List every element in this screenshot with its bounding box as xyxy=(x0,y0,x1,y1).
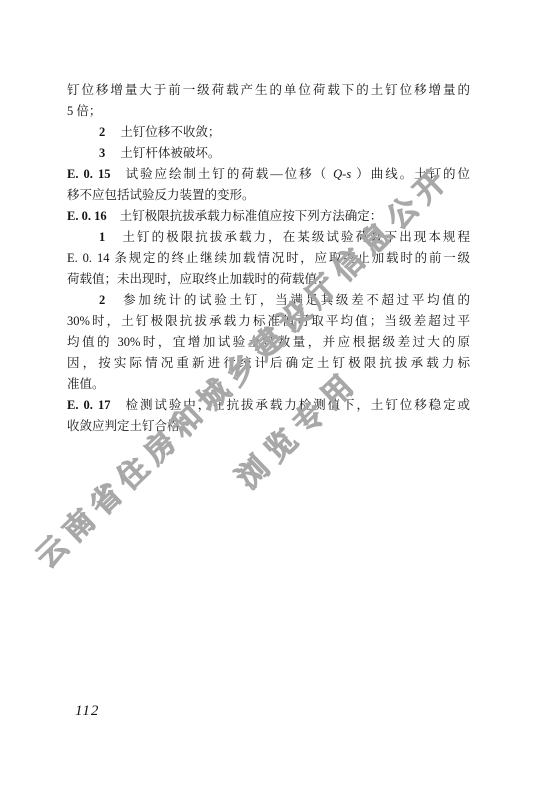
text-line: 荷载值；未出现时，应取终止加载时的荷载值； xyxy=(67,269,470,290)
formula-qs: Q-s xyxy=(333,167,351,181)
line-text: 收敛应判定土钉合格。 xyxy=(67,419,192,433)
list-number: 2 xyxy=(99,293,105,307)
text-line: 5 倍； xyxy=(67,101,470,122)
clause-label: E. 0. 17 xyxy=(67,398,110,412)
text-line: 因，按实际情况重新进行统计后确定土钉极限抗拔承载力标 xyxy=(67,353,470,374)
list-number: 3 xyxy=(99,146,105,160)
line-text: 荷载值；未出现时，应取终止加载时的荷载值； xyxy=(67,272,330,286)
line-text: 土钉的极限抗拔承载力，在某级试验荷载下出现本规程 xyxy=(122,230,470,244)
clause-label: E. 0. 16 xyxy=(67,209,107,223)
line-text: 土钉极限抗拔承载力标准值应按下列方法确定： xyxy=(120,209,383,223)
line-text: 试验应绘制土钉的荷载—位移（ xyxy=(126,167,328,181)
line-text: 移不应包括试验反力装置的变形。 xyxy=(67,188,255,202)
list-item-line: 2 参加统计的试验土钉，当满足其级差不超过平均值的 xyxy=(67,290,470,311)
line-text: 检测试验中，在抗拔承载力检测值下，土钉位移稳定或 xyxy=(126,398,470,412)
line-text: 5 倍； xyxy=(67,104,101,118)
clause-line: E. 0. 15 试验应绘制土钉的荷载—位移（ Q-s ）曲线。土钉的位 xyxy=(67,164,470,185)
text-line: 收敛应判定土钉合格。 xyxy=(67,416,470,437)
list-item-line: 1 土钉的极限抗拔承载力，在某级试验荷载下出现本规程 xyxy=(67,227,470,248)
clause-line: E. 0. 16 土钉极限抗拔承载力标准值应按下列方法确定： xyxy=(67,206,470,227)
text-line: 钉位移增量大于前一级荷载产生的单位荷载下的土钉位移增量的 xyxy=(67,80,470,101)
list-number: 2 xyxy=(99,125,105,139)
line-text: 均值的 30%时，宜增加试验土钉数量，并应根据级差过大的原 xyxy=(67,335,470,349)
clause-line: E. 0. 17 检测试验中，在抗拔承载力检测值下，土钉位移稳定或 xyxy=(67,395,470,416)
text-line: 均值的 30%时，宜增加试验土钉数量，并应根据级差过大的原 xyxy=(67,332,470,353)
list-number: 1 xyxy=(99,230,105,244)
document-page: 云南省住房和城乡建设厅信息公开 浏览专用 钉位移增量大于前一级荷载产生的单位荷载… xyxy=(0,0,536,793)
page-number: 112 xyxy=(75,703,99,720)
line-text: ）曲线。土钉的位 xyxy=(356,167,470,181)
list-item-line: 2 土钉位移不收敛； xyxy=(67,122,470,143)
text-line: 移不应包括试验反力装置的变形。 xyxy=(67,185,470,206)
line-text: 土钉位移不收敛； xyxy=(120,125,220,139)
line-text: E. 0. 14 条规定的终止继续加载情况时，应取终止加载时的前一级 xyxy=(67,251,470,265)
clause-label: E. 0. 15 xyxy=(67,167,111,181)
line-text: 土钉杆体被破坏。 xyxy=(120,146,220,160)
body-text: 钉位移增量大于前一级荷载产生的单位荷载下的土钉位移增量的 5 倍； 2 土钉位移… xyxy=(67,80,470,437)
line-text: 30%时，土钉极限抗拔承载力标准值可取平均值；当级差超过平 xyxy=(67,314,470,328)
line-text: 因，按实际情况重新进行统计后确定土钉极限抗拔承载力标 xyxy=(67,356,470,370)
line-text: 准值。 xyxy=(67,377,105,391)
text-line: 准值。 xyxy=(67,374,470,395)
list-item-line: 3 土钉杆体被破坏。 xyxy=(67,143,470,164)
text-line: E. 0. 14 条规定的终止继续加载情况时，应取终止加载时的前一级 xyxy=(67,248,470,269)
line-text: 参加统计的试验土钉，当满足其级差不超过平均值的 xyxy=(123,293,470,307)
line-text: 钉位移增量大于前一级荷载产生的单位荷载下的土钉位移增量的 xyxy=(67,83,470,97)
text-line: 30%时，土钉极限抗拔承载力标准值可取平均值；当级差超过平 xyxy=(67,311,470,332)
